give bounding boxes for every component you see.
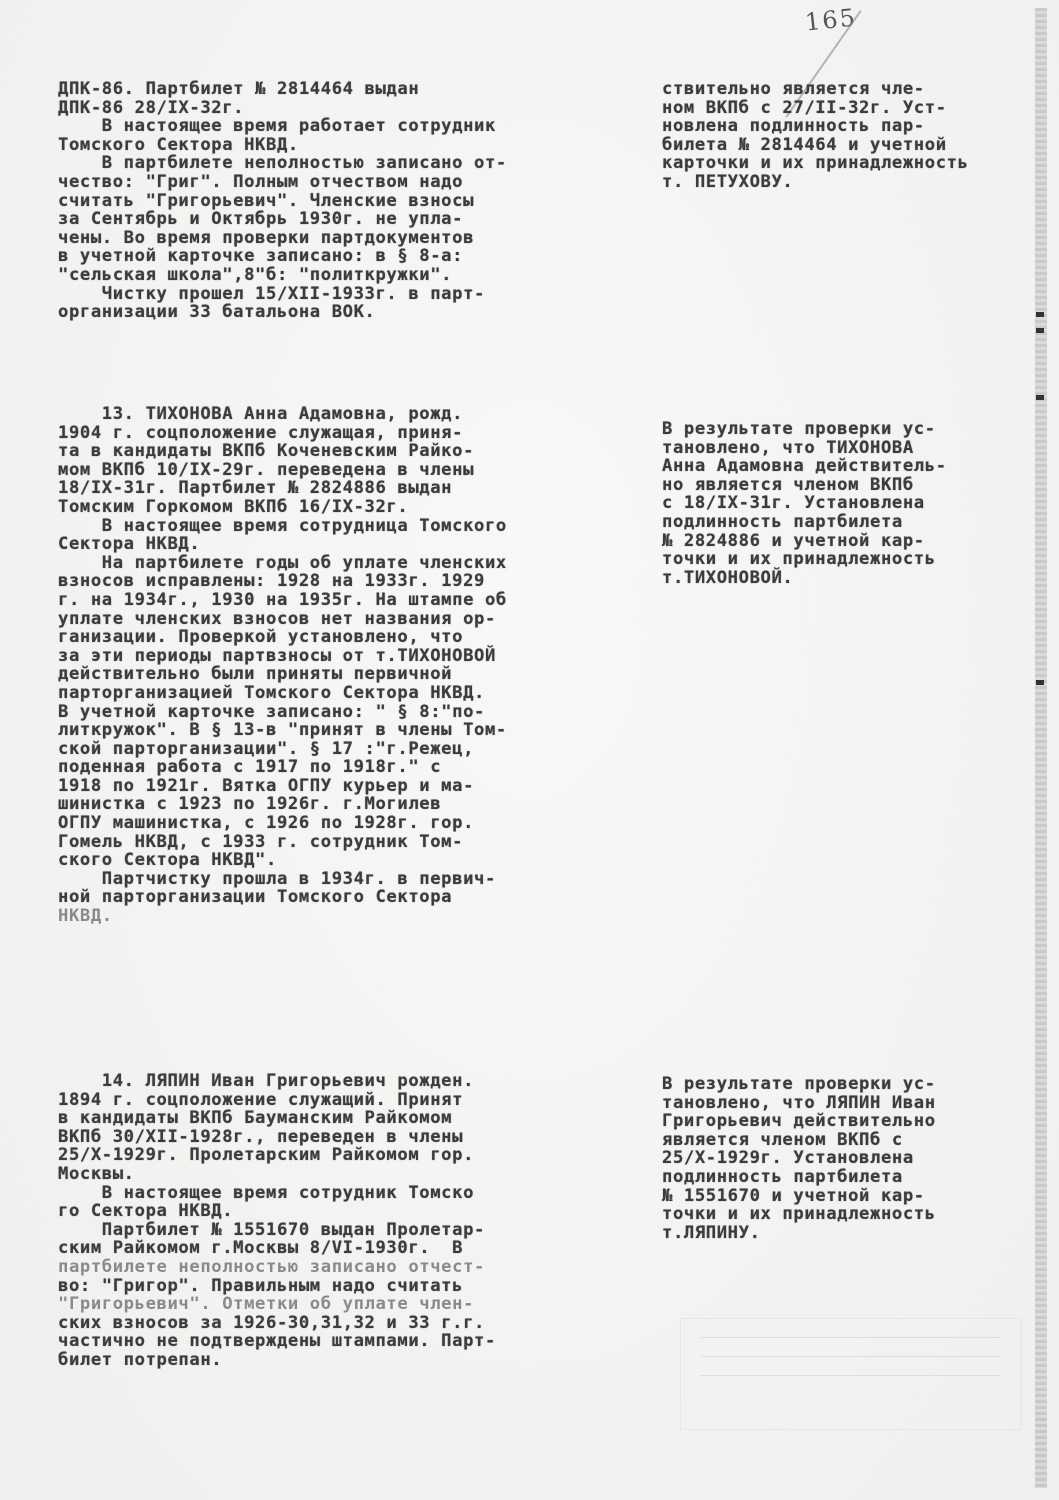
text-line: ОГПУ машинистка, с 1926 по 1928г. гор.	[58, 814, 640, 833]
scan-edge-strip	[1035, 8, 1047, 1488]
text-line: считать "Григорьевич". Членские взносы	[58, 192, 640, 211]
text-line: точки и их принадлежность	[662, 1205, 1030, 1224]
text-line: ского Сектора НКВД".	[58, 851, 640, 870]
text-line: чество: "Григ". Полным отчеством надо	[58, 173, 640, 192]
text-line: 25/X-1929г. Установлена	[662, 1149, 1030, 1168]
text-line: 25/X-1929г. Пролетарским Райкомом гор.	[58, 1146, 640, 1165]
text-line: карточки и их принадлежность	[662, 154, 1030, 173]
text-line: новлена подлинность пар-	[662, 117, 1030, 136]
edge-mark	[1036, 680, 1044, 685]
text-line: с 18/IX-31г. Установлена	[662, 494, 1030, 513]
entry-13-verification: В результате проверки ус- тановлено, что…	[662, 420, 1030, 587]
text-line: Партбилет № 1551670 выдан Пролетар-	[58, 1221, 640, 1240]
text-line: парторганизацией Томского Сектора НКВД.	[58, 684, 640, 703]
text-line: в кандидаты ВКПб Бауманским Райкомом	[58, 1109, 640, 1128]
text-line: ских взносов за 1926-30,31,32 и 33 г.г.	[58, 1314, 640, 1333]
text-line: "сельская школа",8"б: "политкружки".	[58, 266, 640, 285]
text-line: ганизации. Проверкой установлено, что	[58, 628, 640, 647]
text-line: Гомель НКВД, с 1933 г. сотрудник Том-	[58, 833, 640, 852]
text-line: подлинность партбилета	[662, 513, 1030, 532]
text-line: Анна Адамовна действитель-	[662, 457, 1030, 476]
text-line: чены. Во время проверки партдокументов	[58, 229, 640, 248]
entry-14-left-column: 14. ЛЯПИН Иван Григорьевич рожден. 1894 …	[58, 1072, 640, 1370]
text-line: ной парторганизации Томского Сектора	[58, 888, 640, 907]
text-line: № 2824886 и учетной кар-	[662, 532, 1030, 551]
text-line: т.ЛЯПИНУ.	[662, 1224, 1030, 1243]
text-line: билета № 2814464 и учетной	[662, 136, 1030, 155]
text-line: В настоящее время сотрудник Томско	[58, 1184, 640, 1203]
text-line: Томского Сектора НКВД.	[58, 136, 640, 155]
text-line: ном ВКПб с 27/II-32г. Уст-	[662, 99, 1030, 118]
text-line: 14. ЛЯПИН Иван Григорьевич рожден.	[58, 1072, 640, 1091]
text-line: во: "Григор". Правильным надо считать	[58, 1277, 640, 1296]
text-line: ским Райкомом г.Москвы 8/VI-1930г. В	[58, 1239, 640, 1258]
text-line: ствительно является чле-	[662, 80, 1030, 99]
text-line: "Григорьевич". Отметки об уплате член-	[58, 1295, 640, 1314]
text-line: тановлено, что ТИХОНОВА	[662, 439, 1030, 458]
text-line: взносов исправлены: 1928 на 1933г. 1929	[58, 572, 640, 591]
text-line: точки и их принадлежность	[662, 550, 1030, 569]
text-line: билет потрепан.	[58, 1351, 640, 1370]
text-line: является членом ВКПб с	[662, 1131, 1030, 1150]
text-line: литкружок". В § 13-в "принят в члены Том…	[58, 721, 640, 740]
text-line: Чистку прошел 15/XII-1933г. в парт-	[58, 285, 640, 304]
text-line: 13. ТИХОНОВА Анна Адамовна, рожд.	[58, 405, 640, 424]
text-line: в учетной карточке записано: в § 8-а:	[58, 247, 640, 266]
edge-mark	[1036, 395, 1044, 400]
text-line: В учетной карточке записано: " § 8:"по-	[58, 703, 640, 722]
text-line: частично не подтверждены штампами. Парт-	[58, 1332, 640, 1351]
text-line: ской парторганизации". § 17 :"г.Режец,	[58, 740, 640, 759]
entry-13-left-column: 13. ТИХОНОВА Анна Адамовна, рожд. 1904 г…	[58, 405, 640, 926]
edge-mark	[1036, 328, 1044, 333]
text-line: ДПК-86. Партбилет № 2814464 выдан	[58, 80, 640, 99]
text-line: мом ВКПб 10/IX-29г. переведена в члены	[58, 461, 640, 480]
text-line: 1904 г. соцположение служащая, приня-	[58, 424, 640, 443]
text-line: поденная работа с 1917 по 1918г." с	[58, 758, 640, 777]
text-line: В настоящее время сотрудница Томского	[58, 517, 640, 536]
text-line: подлинность партбилета	[662, 1168, 1030, 1187]
entry-12-verification: ствительно является чле- ном ВКПб с 27/I…	[662, 80, 1030, 192]
text-line: В настоящее время работает сотрудник	[58, 117, 640, 136]
text-line: Партчистку прошла в 1934г. в первич-	[58, 870, 640, 889]
text-line: т. ПЕТУХОВУ.	[662, 173, 1030, 192]
entry-14-verification: В результате проверки ус- тановлено, что…	[662, 1075, 1030, 1242]
text-line: го Сектора НКВД.	[58, 1202, 640, 1221]
text-line: В результате проверки ус-	[662, 1075, 1030, 1094]
text-line: Григорьевич действительно	[662, 1112, 1030, 1131]
entry-12-left-column: ДПК-86. Партбилет № 2814464 выдан ДПК-86…	[58, 80, 640, 322]
text-line: за Сентябрь и Октябрь 1930г. не упла-	[58, 210, 640, 229]
text-line: 18/IX-31г. Партбилет № 2824886 выдан	[58, 479, 640, 498]
text-line: за эти периоды партвзносы от т.ТИХОНОВОЙ	[58, 647, 640, 666]
text-line: т.ТИХОНОВОЙ.	[662, 569, 1030, 588]
text-line: г. на 1934г., 1930 на 1935г. На штампе о…	[58, 591, 640, 610]
text-line: № 1551670 и учетной кар-	[662, 1187, 1030, 1206]
text-line: В партбилете неполностью записано от-	[58, 154, 640, 173]
text-line: уплате членских взносов нет названия ор-	[58, 610, 640, 629]
text-line: тановлено, что ЛЯПИН Иван	[662, 1094, 1030, 1113]
handwritten-page-number: 165	[804, 3, 858, 36]
text-line: партбилете неполностью записано отчест-	[58, 1258, 640, 1277]
text-line: В результате проверки ус-	[662, 420, 1030, 439]
text-line: шинистка с 1923 по 1926г. г.Могилев	[58, 795, 640, 814]
text-line: Москвы.	[58, 1165, 640, 1184]
text-line: НКВД.	[58, 907, 640, 926]
text-line: та в кандидаты ВКПб Коченевским Райко-	[58, 442, 640, 461]
text-line: Сектора НКВД.	[58, 535, 640, 554]
faint-stamp-impression	[680, 1318, 1022, 1430]
text-line: 1918 по 1921г. Вятка ОГПУ курьер и ма-	[58, 777, 640, 796]
edge-mark	[1036, 312, 1044, 317]
text-line: 1894 г. соцположение служащий. Принят	[58, 1091, 640, 1110]
scanned-page: 165 ДПК-86. Партбилет № 2814464 выдан ДП…	[0, 0, 1059, 1500]
text-line: На партбилете годы об уплате членских	[58, 554, 640, 573]
text-line: ДПК-86 28/IX-32г.	[58, 99, 640, 118]
text-line: но является членом ВКПб	[662, 476, 1030, 495]
text-line: Томским Горкомом ВКПб 16/IX-32г.	[58, 498, 640, 517]
text-line: ВКПб 30/XII-1928г., переведен в члены	[58, 1128, 640, 1147]
text-line: организации 33 батальона ВОК.	[58, 303, 640, 322]
text-line: действительно были приняты первичной	[58, 665, 640, 684]
